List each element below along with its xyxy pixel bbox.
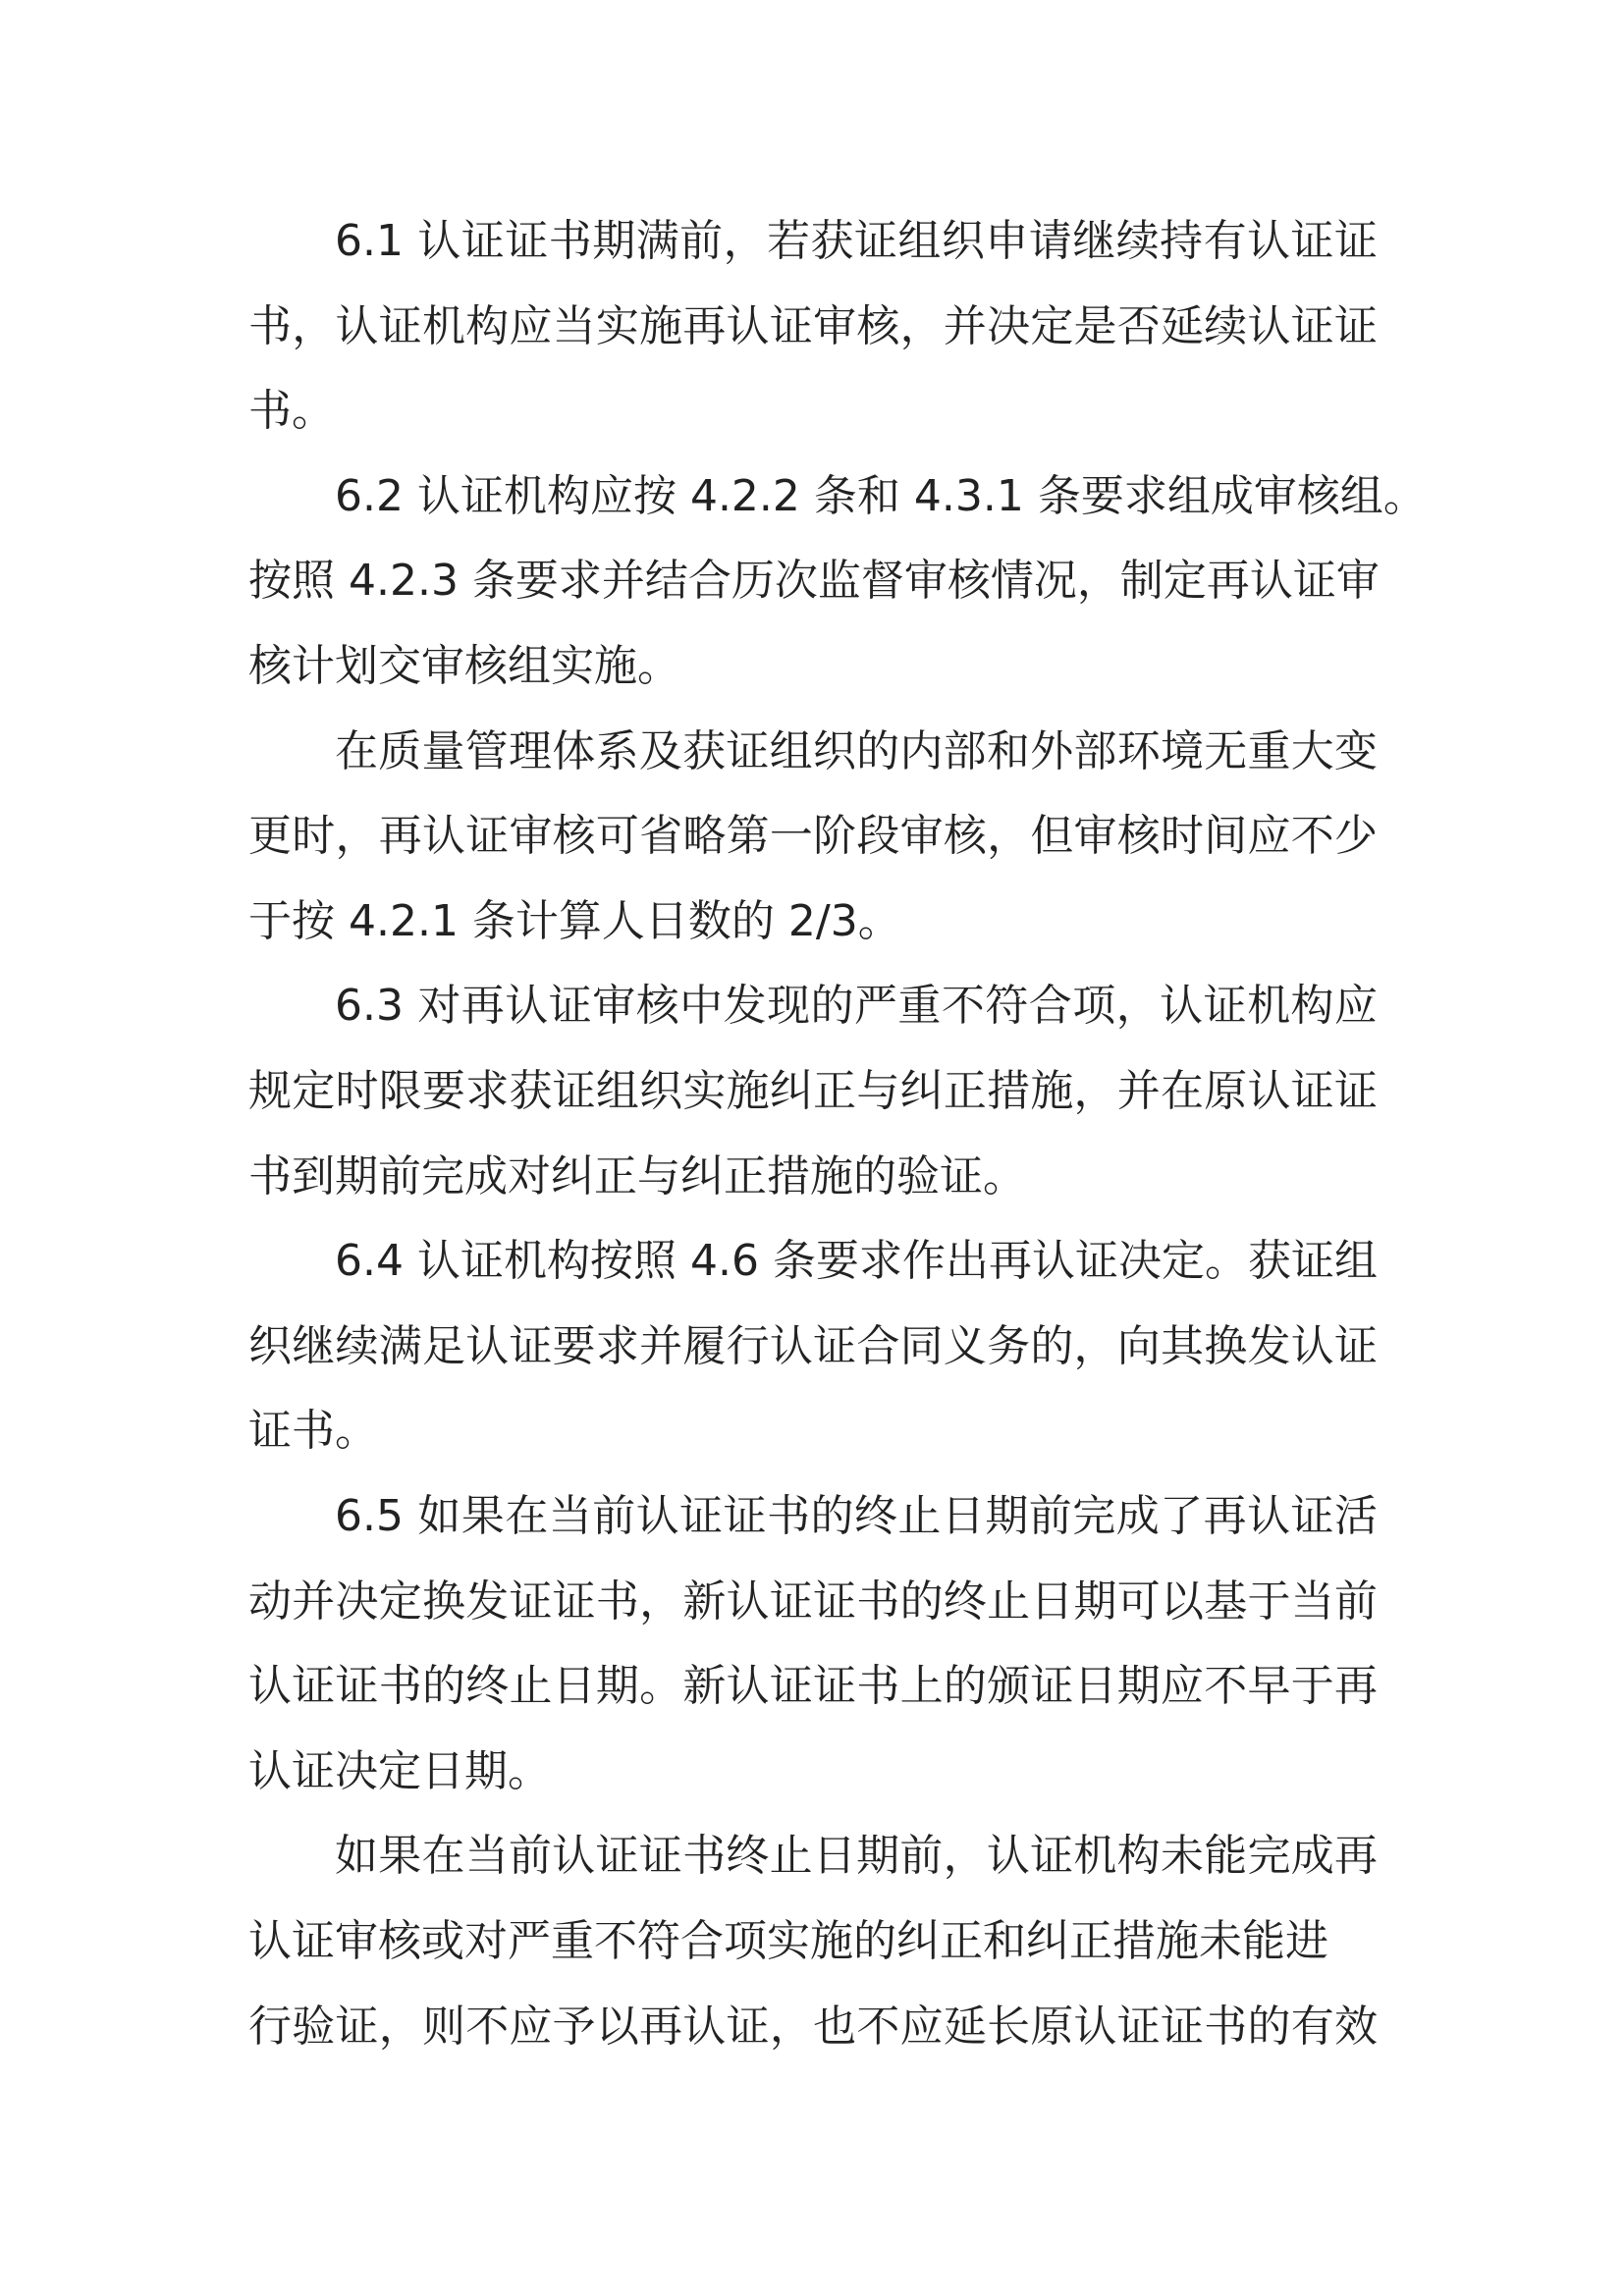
paragraph-line: 书。 [248, 369, 1378, 454]
paragraph-line: 于按 4.2.1 条计算人日数的 2/3。 [248, 880, 1378, 965]
paragraph-line: 核计划交审核组实施。 [248, 624, 1378, 710]
paragraph-line: 6.2 认证机构应按 4.2.2 条和 4.3.1 条要求组成审核组。 [335, 454, 1378, 540]
paragraph-line: 6.5 如果在当前认证证书的终止日期前完成了再认证活 [335, 1474, 1378, 1560]
paragraph-line: 如果在当前认证证书终止日期前，认证机构未能完成再 [335, 1814, 1378, 1899]
paragraph-line: 在质量管理体系及获证组织的内部和外部环境无重大变 [335, 710, 1378, 795]
paragraph-line: 更时，再认证审核可省略第一阶段审核，但审核时间应不少 [248, 794, 1378, 880]
paragraph-line: 动并决定换发证证书，新认证证书的终止日期可以基于当前 [248, 1560, 1378, 1645]
paragraph-line: 按照 4.2.3 条要求并结合历次监督审核情况，制定再认证审 [248, 539, 1378, 624]
document-page: 6.1 认证证书期满前，若获证组织申请继续持有认证证 书，认证机构应当实施再认证… [0, 0, 1624, 2296]
paragraph-line: 6.3 对再认证审核中发现的严重不符合项，认证机构应 [335, 964, 1378, 1049]
paragraph-line: 书到期前完成对纠正与纠正措施的验证。 [248, 1135, 1378, 1220]
paragraph-line: 证书。 [248, 1389, 1378, 1474]
paragraph-line: 认证审核或对严重不符合项实施的纠正和纠正措施未能进 [248, 1899, 1378, 1985]
paragraph-line: 行验证，则不应予以再认证，也不应延长原认证证书的有效 [248, 1985, 1378, 2070]
paragraph-line: 书，认证机构应当实施再认证审核，并决定是否延续认证证 [248, 285, 1378, 370]
paragraph-line: 6.1 认证证书期满前，若获证组织申请继续持有认证证 [335, 199, 1378, 285]
paragraph-line: 规定时限要求获证组织实施纠正与纠正措施，并在原认证证 [248, 1049, 1378, 1135]
paragraph-line: 织继续满足认证要求并履行认证合同义务的，向其换发认证 [248, 1305, 1378, 1390]
paragraph-line: 6.4 认证机构按照 4.6 条要求作出再认证决定。获证组 [335, 1219, 1378, 1305]
paragraph-line: 认证决定日期。 [248, 1730, 1378, 1815]
paragraph-line: 认证证书的终止日期。新认证证书上的颁证日期应不早于再 [248, 1644, 1378, 1730]
